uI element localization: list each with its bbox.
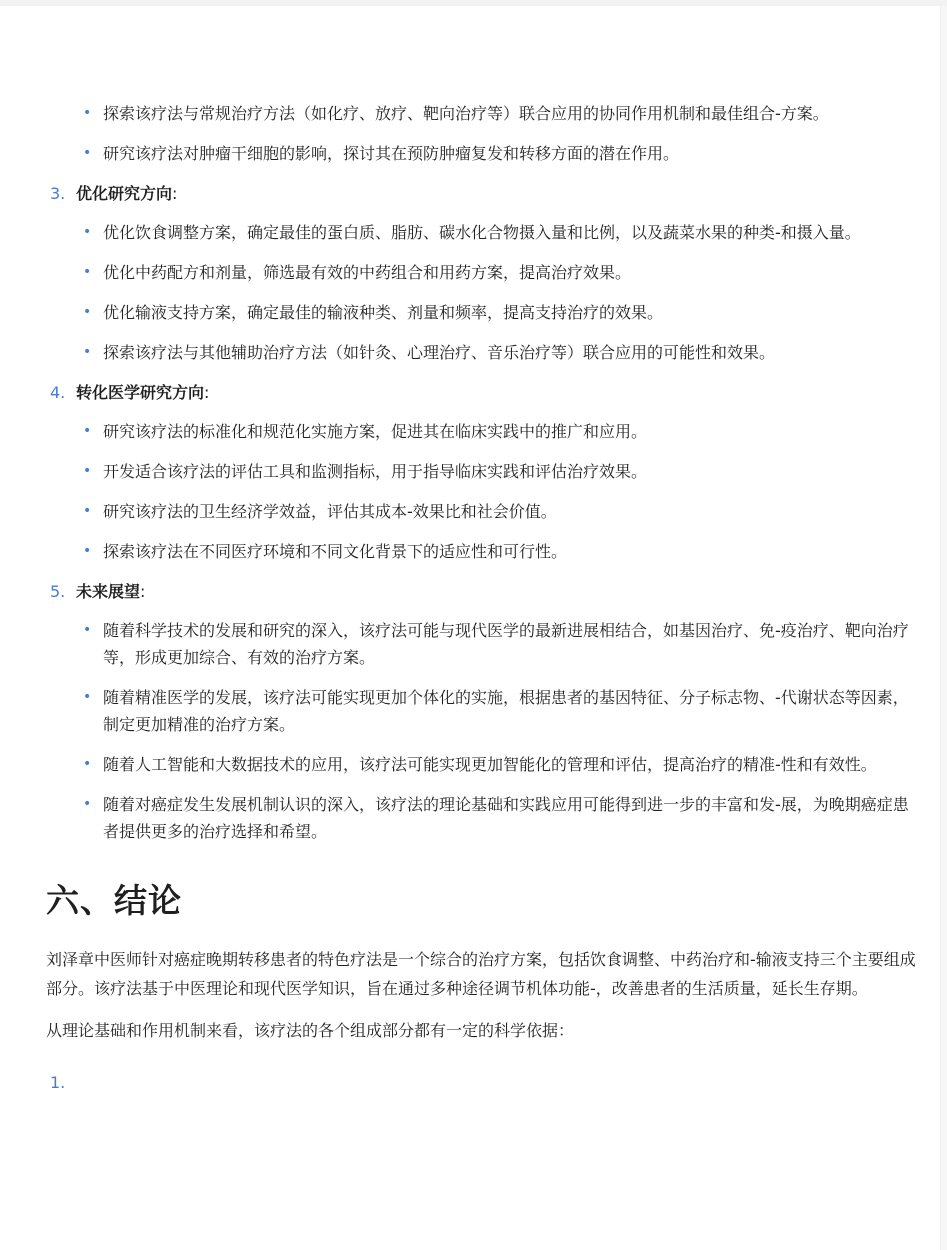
bullet-list-5: •随着科学技术的发展和研究的深入，该疗法可能与现代医学的最新进展相结合，如基因治…	[46, 617, 916, 845]
list-item: •研究该疗法的标准化和规范化实施方案，促进其在临床实践中的推广和应用。	[83, 418, 916, 445]
conclusion-paragraph: 刘泽章中医师针对癌症晚期转移患者的特色疗法是一个综合的治疗方案，包括饮食调整、中…	[46, 945, 916, 1003]
list-item: •随着科学技术的发展和研究的深入，该疗法可能与现代医学的最新进展相结合，如基因治…	[83, 617, 916, 671]
scrollbar-track[interactable]	[940, 6, 947, 1250]
list-item: •研究该疗法对肿瘤干细胞的影响，探讨其在预防肿瘤复发和转移方面的潜在作用。	[83, 140, 916, 167]
bullet-icon: •	[83, 791, 91, 818]
bullet-icon: •	[83, 100, 91, 127]
list-item: •开发适合该疗法的评估工具和监测指标，用于指导临床实践和评估治疗效果。	[83, 458, 916, 485]
bullet-icon: •	[83, 219, 91, 246]
conclusion-paragraph: 从理论基础和作用机制来看，该疗法的各个组成部分都有一定的科学依据：	[46, 1016, 916, 1045]
bullet-icon: •	[83, 299, 91, 326]
list-number: 5.	[46, 578, 76, 605]
bullet-icon: •	[83, 458, 91, 485]
list-item: •研究该疗法的卫生经济学效益，评估其成本-效果比和社会价值。	[83, 498, 916, 525]
list-number: 1.	[46, 1069, 916, 1096]
list-item: •随着精准医学的发展，该疗法可能实现更加个体化的实施，根据患者的基因特征、分子标…	[83, 684, 916, 738]
bullet-icon: •	[83, 259, 91, 286]
document-body: •探索该疗法与常规治疗方法（如化疗、放疗、靶向治疗等）联合应用的协同作用机制和最…	[46, 100, 916, 1096]
bullet-icon: •	[83, 617, 91, 644]
top-bar	[0, 0, 947, 6]
list-item: •优化中药配方和剂量，筛选最有效的中药组合和用药方案，提高治疗效果。	[83, 259, 916, 286]
bullet-icon: •	[83, 498, 91, 525]
bullet-icon: •	[83, 339, 91, 366]
list-item: •优化饮食调整方案，确定最佳的蛋白质、脂肪、碳水化合物摄入量和比例，以及蔬菜水果…	[83, 219, 916, 246]
bullet-icon: •	[83, 751, 91, 778]
list-item: •随着人工智能和大数据技术的应用，该疗法可能实现更加智能化的管理和评估，提高治疗…	[83, 751, 916, 778]
list-item: •探索该疗法与常规治疗方法（如化疗、放疗、靶向治疗等）联合应用的协同作用机制和最…	[83, 100, 916, 127]
bullet-list-top: •探索该疗法与常规治疗方法（如化疗、放疗、靶向治疗等）联合应用的协同作用机制和最…	[46, 100, 916, 167]
bullet-list-3: •优化饮食调整方案，确定最佳的蛋白质、脂肪、碳水化合物摄入量和比例，以及蔬菜水果…	[46, 219, 916, 366]
bullet-icon: •	[83, 538, 91, 565]
list-item: •探索该疗法与其他辅助治疗方法（如针灸、心理治疗、音乐治疗等）联合应用的可能性和…	[83, 339, 916, 366]
section-heading-5: 5. 未来展望:	[46, 578, 916, 605]
bullet-icon: •	[83, 684, 91, 711]
section-heading-3: 3. 优化研究方向:	[46, 180, 916, 207]
list-item: •随着对癌症发生发展机制认识的深入，该疗法的理论基础和实践应用可能得到进一步的丰…	[83, 791, 916, 845]
section-heading-4: 4. 转化医学研究方向:	[46, 379, 916, 406]
list-item: •优化输液支持方案，确定最佳的输液种类、剂量和频率，提高支持治疗的效果。	[83, 299, 916, 326]
list-number: 3.	[46, 180, 76, 207]
bullet-icon: •	[83, 418, 91, 445]
bullet-icon: •	[83, 140, 91, 167]
conclusion-heading: 六、结论	[46, 881, 916, 921]
bullet-list-4: •研究该疗法的标准化和规范化实施方案，促进其在临床实践中的推广和应用。 •开发适…	[46, 418, 916, 565]
list-number: 4.	[46, 379, 76, 406]
list-item: •探索该疗法在不同医疗环境和不同文化背景下的适应性和可行性。	[83, 538, 916, 565]
